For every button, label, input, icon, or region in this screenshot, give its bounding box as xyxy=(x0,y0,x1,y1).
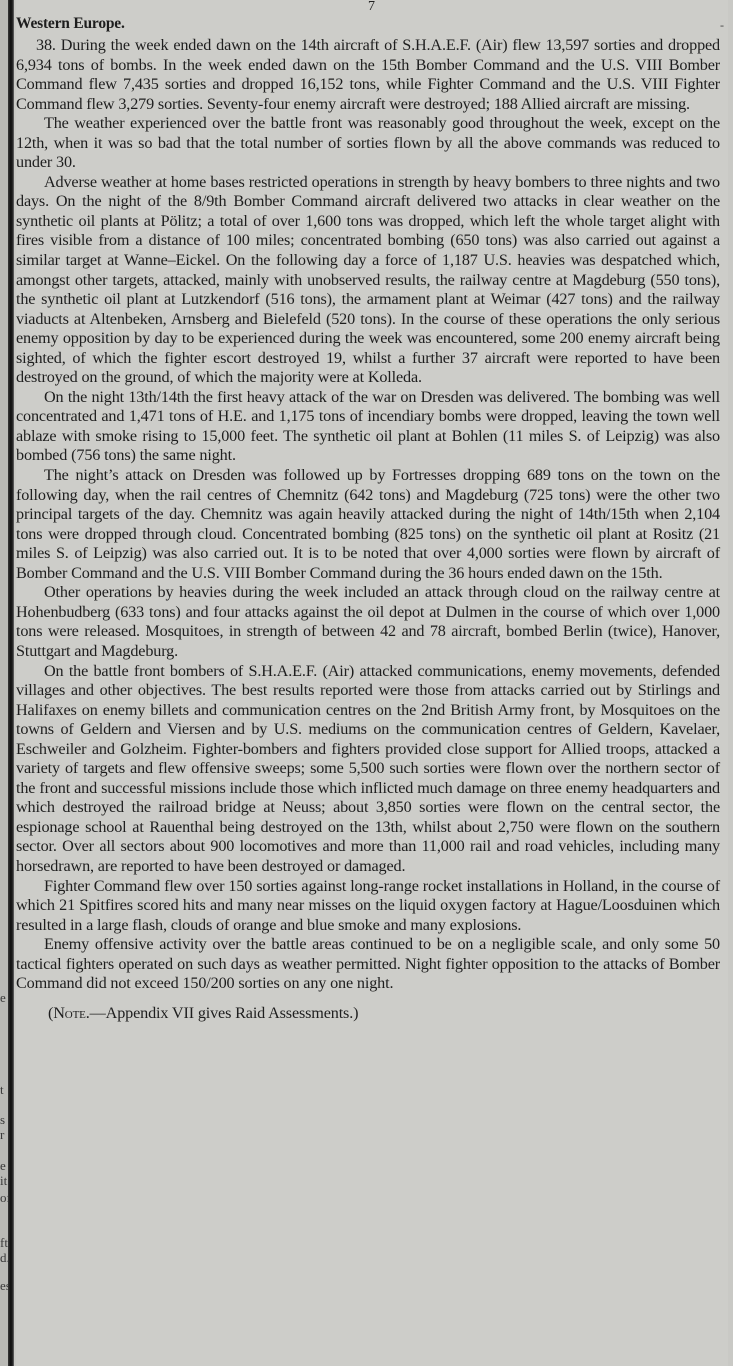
margin-mark: - xyxy=(720,18,724,33)
paragraph: The weather experienced over the battle … xyxy=(16,114,720,173)
paragraph: On the night 13th/14th the first heavy a… xyxy=(16,388,720,466)
note-text: —Appendix VII gives Raid Assessments.) xyxy=(90,1004,359,1022)
book-gutter xyxy=(8,0,14,1366)
paragraph: The night’s attack on Dresden was follow… xyxy=(16,466,720,583)
paragraph: On the battle front bombers of S.H.A.E.F… xyxy=(16,662,720,877)
adjacent-page-margin: e t s r e it of ft d. es xyxy=(0,0,8,1366)
document-body: 38. During the week ended dawn on the 14… xyxy=(16,36,720,1023)
section-heading: Western Europe. xyxy=(16,14,125,34)
paragraph: 38. During the week ended dawn on the 14… xyxy=(16,36,720,114)
document-page: 7 - Western Europe. 38. During the week … xyxy=(16,0,728,1366)
page-number: 7 xyxy=(368,0,375,14)
paragraph: Adverse weather at home bases restricted… xyxy=(16,173,720,388)
note-label: (Note. xyxy=(48,1004,90,1022)
appendix-note: (Note.—Appendix VII gives Raid Assessmen… xyxy=(16,1004,720,1024)
paragraph: Enemy offensive activity over the battle… xyxy=(16,935,720,994)
paragraph: Other operations by heavies during the w… xyxy=(16,583,720,661)
paragraph: Fighter Command flew over 150 sorties ag… xyxy=(16,877,720,936)
